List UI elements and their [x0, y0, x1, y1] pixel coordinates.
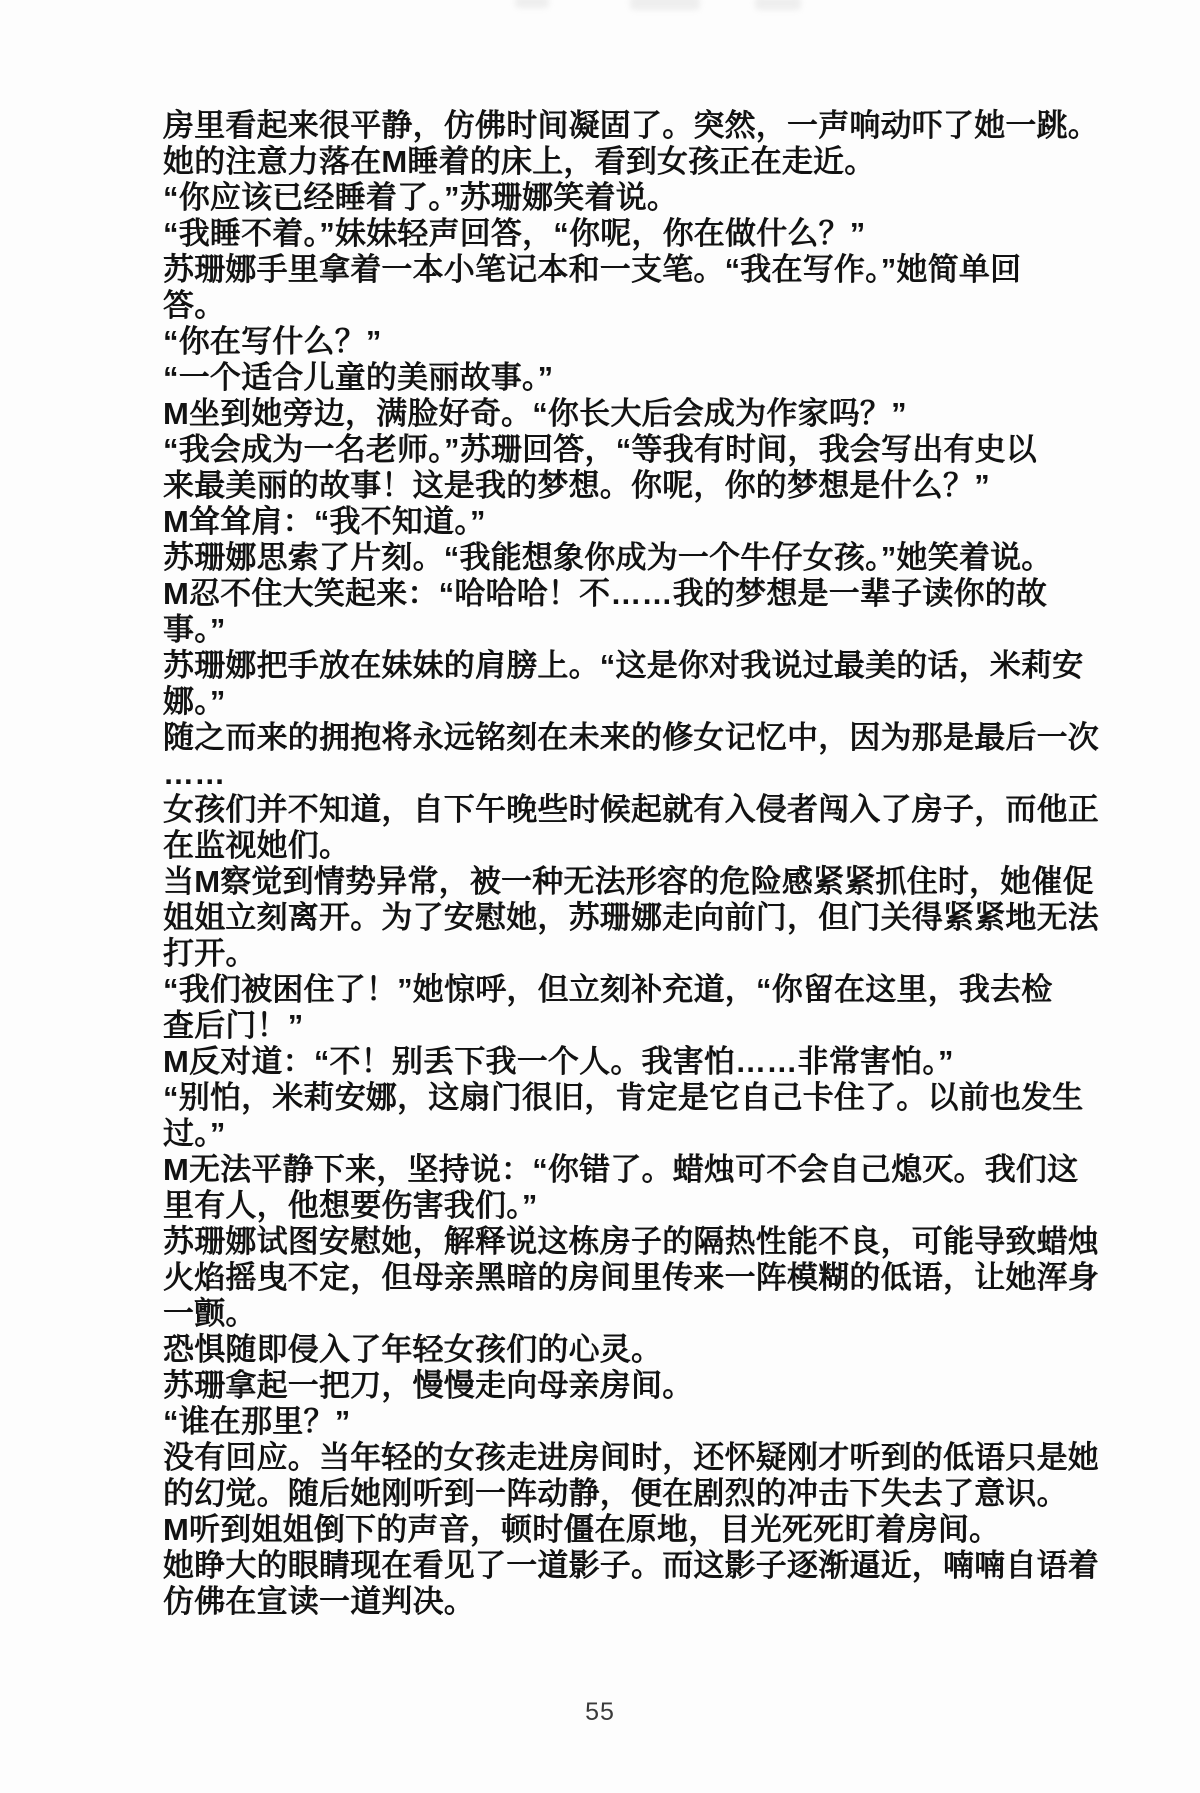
book-page: 房里看起来很平静，仿佛时间凝固了。突然，一声响动吓了她一跳。她的注意力落在M睡着… [0, 0, 1200, 1793]
text-line: 苏珊娜试图安慰她，解释说这栋房子的隔热性能不良，可能导致蜡烛 [163, 1224, 1047, 1260]
text-line: “别怕，米莉安娜，这扇门很旧，肯定是它自己卡住了。以前也发生 [163, 1080, 1047, 1116]
text-line: 的幻觉。随后她刚听到一阵动静，便在剧烈的冲击下失去了意识。 [163, 1476, 1047, 1512]
text-line: 苏珊娜把手放在妹妹的肩膀上。“这是你对我说过最美的话，米莉安 [163, 648, 1047, 684]
text-line: 事。” [163, 612, 1047, 648]
text-line: 打开。 [163, 936, 1047, 972]
text-line: 姐姐立刻离开。为了安慰她，苏珊娜走向前门，但门关得紧紧地无法 [163, 900, 1047, 936]
scan-smudge [515, 0, 549, 8]
text-line: 娜。” [163, 684, 1047, 720]
scan-smudge [755, 0, 801, 10]
text-line: 仿佛在宣读一道判决。 [163, 1584, 1047, 1620]
text-line: 女孩们并不知道，自下午晚些时候起就有入侵者闯入了房子，而他正 [163, 792, 1047, 828]
text-line: “你应该已经睡着了。”苏珊娜笑着说。 [163, 180, 1047, 216]
text-line: M忍不住大笑起来：“哈哈哈！不……我的梦想是一辈子读你的故 [163, 576, 1047, 612]
text-line: 查后门！” [163, 1008, 1047, 1044]
text-line: M无法平静下来，坚持说：“你错了。蜡烛可不会自己熄灭。我们这 [163, 1152, 1047, 1188]
text-line: 随之而来的拥抱将永远铭刻在未来的修女记忆中，因为那是最后一次 [163, 720, 1047, 756]
text-line: “我睡不着。”妹妹轻声回答，“你呢，你在做什么？” [163, 216, 1047, 252]
text-line: 来最美丽的故事！这是我的梦想。你呢，你的梦想是什么？” [163, 468, 1047, 504]
text-line: 房里看起来很平静，仿佛时间凝固了。突然，一声响动吓了她一跳。 [163, 108, 1047, 144]
text-line: M反对道：“不！别丢下我一个人。我害怕……非常害怕。” [163, 1044, 1047, 1080]
text-line: 她睁大的眼睛现在看见了一道影子。而这影子逐渐逼近，喃喃自语着 [163, 1548, 1047, 1584]
text-line: …… [163, 756, 1047, 792]
scan-smudge [630, 0, 700, 10]
text-line: 在监视她们。 [163, 828, 1047, 864]
text-line: 火焰摇曳不定，但母亲黑暗的房间里传来一阵模糊的低语，让她浑身 [163, 1260, 1047, 1296]
text-line: 过。” [163, 1116, 1047, 1152]
text-line: M坐到她旁边，满脸好奇。“你长大后会成为作家吗？” [163, 396, 1047, 432]
text-line: 当M察觉到情势异常，被一种无法形容的危险感紧紧抓住时，她催促 [163, 864, 1047, 900]
text-line: “一个适合儿童的美丽故事。” [163, 360, 1047, 396]
page-number: 55 [0, 1698, 1200, 1727]
text-line: 苏珊娜手里拿着一本小笔记本和一支笔。“我在写作。”她简单回 [163, 252, 1047, 288]
text-line: M听到姐姐倒下的声音，顿时僵在原地，目光死死盯着房间。 [163, 1512, 1047, 1548]
text-line: “谁在那里？” [163, 1404, 1047, 1440]
text-line: 苏珊拿起一把刀，慢慢走向母亲房间。 [163, 1368, 1047, 1404]
text-line: “你在写什么？” [163, 324, 1047, 360]
text-line: 苏珊娜思索了片刻。“我能想象你成为一个牛仔女孩。”她笑着说。 [163, 540, 1047, 576]
text-line: “我们被困住了！”她惊呼，但立刻补充道，“你留在这里，我去检 [163, 972, 1047, 1008]
text-line: 她的注意力落在M睡着的床上，看到女孩正在走近。 [163, 144, 1047, 180]
body-text: 房里看起来很平静，仿佛时间凝固了。突然，一声响动吓了她一跳。她的注意力落在M睡着… [163, 108, 1047, 1620]
text-line: 恐惧随即侵入了年轻女孩们的心灵。 [163, 1332, 1047, 1368]
text-line: 答。 [163, 288, 1047, 324]
text-line: 一颤。 [163, 1296, 1047, 1332]
text-line: M耸耸肩：“我不知道。” [163, 504, 1047, 540]
text-line: 没有回应。当年轻的女孩走进房间时，还怀疑刚才听到的低语只是她 [163, 1440, 1047, 1476]
text-line: “我会成为一名老师。”苏珊回答，“等我有时间，我会写出有史以 [163, 432, 1047, 468]
text-line: 里有人，他想要伤害我们。” [163, 1188, 1047, 1224]
